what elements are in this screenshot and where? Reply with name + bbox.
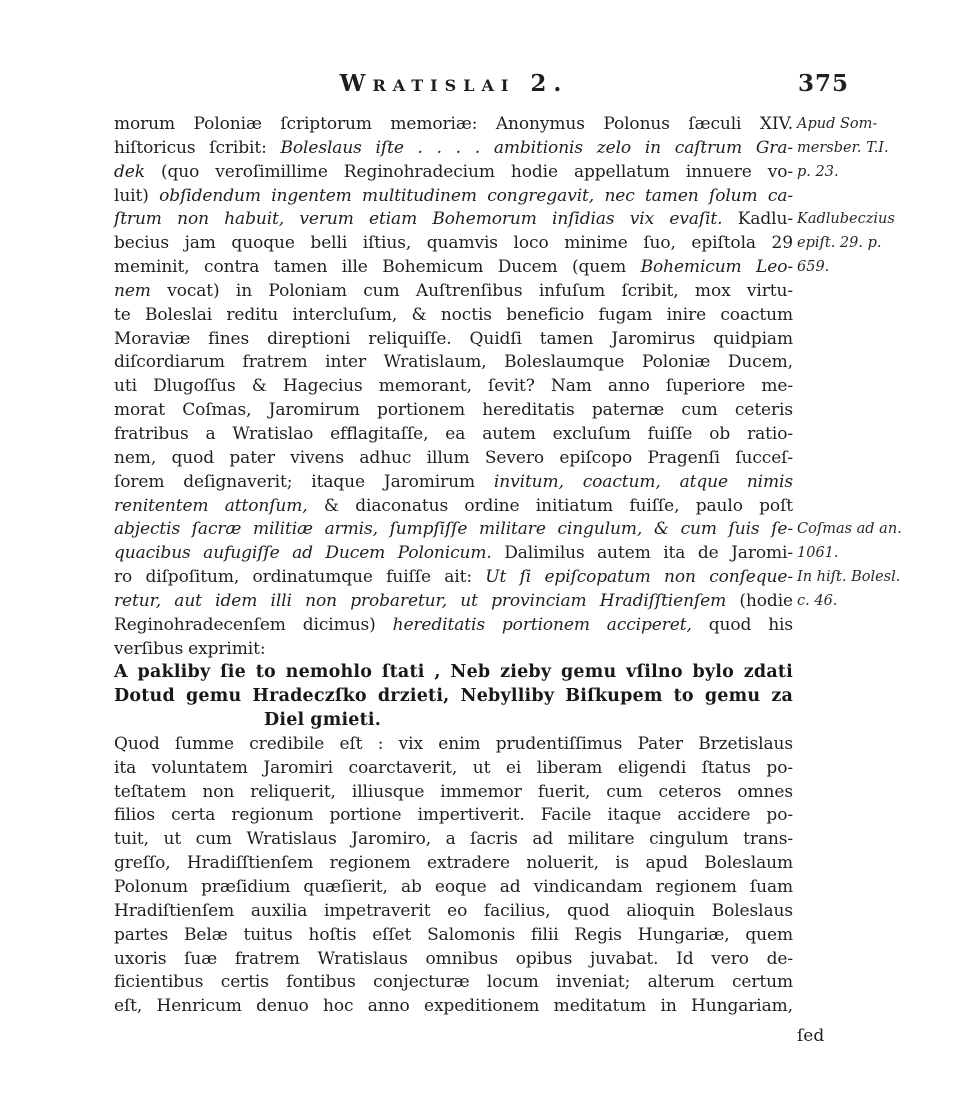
margin-note: p. 23. [797,161,955,185]
text-segment: dek [114,162,161,182]
margin-note: Kadlubeczius [797,208,955,232]
text-segment: renitentem attonſum, [114,496,324,516]
text-segment: becius jam quoque belli iſtius, quamvis … [114,233,793,253]
text-segment: & diaconatus ordine initiatum fuiſſe, pa… [324,496,793,516]
text-segment: ficientibus certis fontibus conjecturæ l… [114,972,793,992]
text-line: verſibus exprimit: [114,638,793,662]
text-segment: greſſo, Hradiſſtienſem regionem extrader… [114,853,793,873]
margin-note: mersber. T.I. [797,137,955,161]
text-segment: nem [114,281,167,301]
text-segment: verſibus exprimit: [114,639,266,659]
text-line: retur, aut idem illi non probaretur, ut … [114,590,793,614]
text-segment: ita voluntatem Jaromiri coarctaverit, ut… [114,758,793,778]
text-segment: meminit, contra tamen ille Bohemicum Duc… [114,257,641,277]
text-segment: Bohemicum Leo- [641,257,793,277]
text-segment: (hodie [739,591,793,611]
text-segment: retur, aut idem illi non probaretur, ut … [114,591,739,611]
margin-note: c. 46. [797,590,955,614]
text-segment: nem, quod pater vivens adhuc illum Sever… [114,448,793,468]
text-segment: Moraviæ fines direptioni reliquiſſe. Qui… [114,329,793,349]
catchword: ſed [797,1026,824,1046]
text-segment: Kadlu- [738,209,793,229]
text-line: nem, quod pater vivens adhuc illum Sever… [114,447,793,471]
margin-note: 1061. [797,542,955,566]
text-segment: Hradiſtienſem auxilia impetraverit eo fa… [114,901,793,921]
text-line: uxoris ſuæ fratrem Wratislaus omnibus op… [114,948,793,972]
text-segment: Reginohradecenſem dicimus) [114,615,393,635]
text-line: nem vocat) in Poloniam cum Auſtrenſibus … [114,280,793,304]
text-line: renitentem attonſum, & diaconatus ordine… [114,495,793,519]
page-header: Wratislai 2. [114,70,794,97]
margin-note: 659. [797,256,955,280]
text-segment: Quod ſumme credibile eſt : vix enim prud… [114,734,793,754]
text-line: fratribus a Wratislao efflagitaſſe, ea a… [114,423,793,447]
text-line: morum Poloniæ ſcriptorum memoriæ: Anonym… [114,113,793,137]
text-line: uti Dlugoſſus & Hagecius memorant, ſevit… [114,375,793,399]
text-line: hiſtoricus ſcribit: Boleslaus iſte . . .… [114,137,793,161]
text-line: diſcordiarum fratrem inter Wratislaum, B… [114,351,793,375]
text-segment: obſidendum ingentem multitudinem congreg… [159,186,793,206]
text-line: tuit, ut cum Wratislaus Jaromiro, a ſacr… [114,828,793,852]
page-number: 375 [798,70,849,97]
text-line: ſorem deſignaverit; itaque Jaromirum inv… [114,471,793,495]
text-segment: te Boleslai reditu intercluſum, & noctis… [114,305,793,325]
text-segment: Polonum præſidium quæſierit, ab eoque ad… [114,877,793,897]
text-line: greſſo, Hradiſſtienſem regionem extrader… [114,852,793,876]
text-line: ficientibus certis fontibus conjecturæ l… [114,971,793,995]
text-segment: Ut ſi epiſcopatum non conſeque- [485,567,793,587]
text-line: becius jam quoque belli iſtius, quamvis … [114,232,793,256]
text-line: ita voluntatem Jaromiri coarctaverit, ut… [114,757,793,781]
text-line: filios certa regionum portione impertive… [114,804,793,828]
text-line: teſtatem non reliquerit, illiusque immem… [114,781,793,805]
text-line: Hradiſtienſem auxilia impetraverit eo fa… [114,900,793,924]
text-line: abjectis ſacræ militiæ armis, ſumpſiſſe … [114,518,793,542]
text-segment: A pakliby ſie to nemohlo ſtati , Neb zie… [114,662,793,682]
margin-note: In hiſt. Bolesl. [797,566,955,590]
text-segment: (quo veroſimillime Reginohradecium hodie… [161,162,793,182]
text-line: luit) obſidendum ingentem multitudinem c… [114,185,793,209]
verse-line: A pakliby ſie to nemohlo ſtati , Neb zie… [114,661,793,685]
text-segment: vocat) in Poloniam cum Auſtrenſibus infu… [167,281,793,301]
text-line: quacibus aufugiſſe ad Ducem Polonicum. D… [114,542,793,566]
text-segment: invitum, coactum, atque nimis [494,472,793,492]
text-segment: Dalimilus autem ita de Jaromi- [504,543,793,563]
text-segment: quod his [709,615,793,635]
text-line: eſt, Henricum denuo hoc anno expeditione… [114,995,793,1019]
text-segment: hereditatis portionem acciperet, [393,615,709,635]
text-segment: uxoris ſuæ fratrem Wratislaus omnibus op… [114,949,793,969]
running-title: Wratislai 2. [340,70,569,97]
text-segment: ſtrum non habuit, verum etiam Bohemorum … [114,209,738,229]
text-segment: partes Belæ tuitus hoſtis eſſet Salomoni… [114,925,793,945]
text-line: te Boleslai reditu intercluſum, & noctis… [114,304,793,328]
text-segment: teſtatem non reliquerit, illiusque immem… [114,782,793,802]
text-line: ſtrum non habuit, verum etiam Bohemorum … [114,208,793,232]
text-segment: luit) [114,186,159,206]
text-segment: quacibus aufugiſſe ad Ducem Polonicum. [114,543,504,563]
text-segment: eſt, Henricum denuo hoc anno expeditione… [114,996,793,1016]
margin-note: epiſt. 29. p. [797,232,955,256]
text-line: Polonum præſidium quæſierit, ab eoque ad… [114,876,793,900]
text-segment: Diel gmieti. [264,710,381,730]
text-segment: tuit, ut cum Wratislaus Jaromiro, a ſacr… [114,829,793,849]
text-line: Moraviæ fines direptioni reliquiſſe. Qui… [114,328,793,352]
text-segment: morum Poloniæ ſcriptorum memoriæ: Anonym… [114,114,793,134]
text-segment: morat Coſmas, Jaromirum portionem heredi… [114,400,793,420]
text-segment: diſcordiarum fratrem inter Wratislaum, B… [114,352,793,372]
text-line: meminit, contra tamen ille Bohemicum Duc… [114,256,793,280]
verse-line: Dotud gemu Hradeczſko drzieti, Nebylliby… [114,685,793,709]
text-line: morat Coſmas, Jaromirum portionem heredi… [114,399,793,423]
text-segment: ro diſpoſitum, ordinatumque fuiſſe ait: [114,567,485,587]
text-segment: Boleslaus iſte . . . . ambitionis zelo i… [281,138,794,158]
main-text-block: morum Poloniæ ſcriptorum memoriæ: Anonym… [114,113,793,1019]
text-segment: Dotud gemu Hradeczſko drzieti, Nebylliby… [114,686,793,706]
book-page: Wratislai 2. 375 morum Poloniæ ſcriptoru… [0,0,960,1110]
text-line: Quod ſumme credibile eſt : vix enim prud… [114,733,793,757]
text-segment: ſorem deſignaverit; itaque Jaromirum [114,472,494,492]
margin-note: Apud Som- [797,113,955,137]
text-line: Reginohradecenſem dicimus) hereditatis p… [114,614,793,638]
text-line: dek (quo veroſimillime Reginohradecium h… [114,161,793,185]
text-segment: uti Dlugoſſus & Hagecius memorant, ſevit… [114,376,793,396]
text-segment: fratribus a Wratislao efflagitaſſe, ea a… [114,424,793,444]
text-segment: hiſtoricus ſcribit: [114,138,281,158]
margin-note: Coſmas ad an. [797,518,955,542]
text-segment: abjectis ſacræ militiæ armis, ſumpſiſſe … [114,519,793,539]
text-line: ro diſpoſitum, ordinatumque fuiſſe ait: … [114,566,793,590]
text-segment: filios certa regionum portione impertive… [114,805,793,825]
verse-line: Diel gmieti. [114,709,793,733]
text-line: partes Belæ tuitus hoſtis eſſet Salomoni… [114,924,793,948]
